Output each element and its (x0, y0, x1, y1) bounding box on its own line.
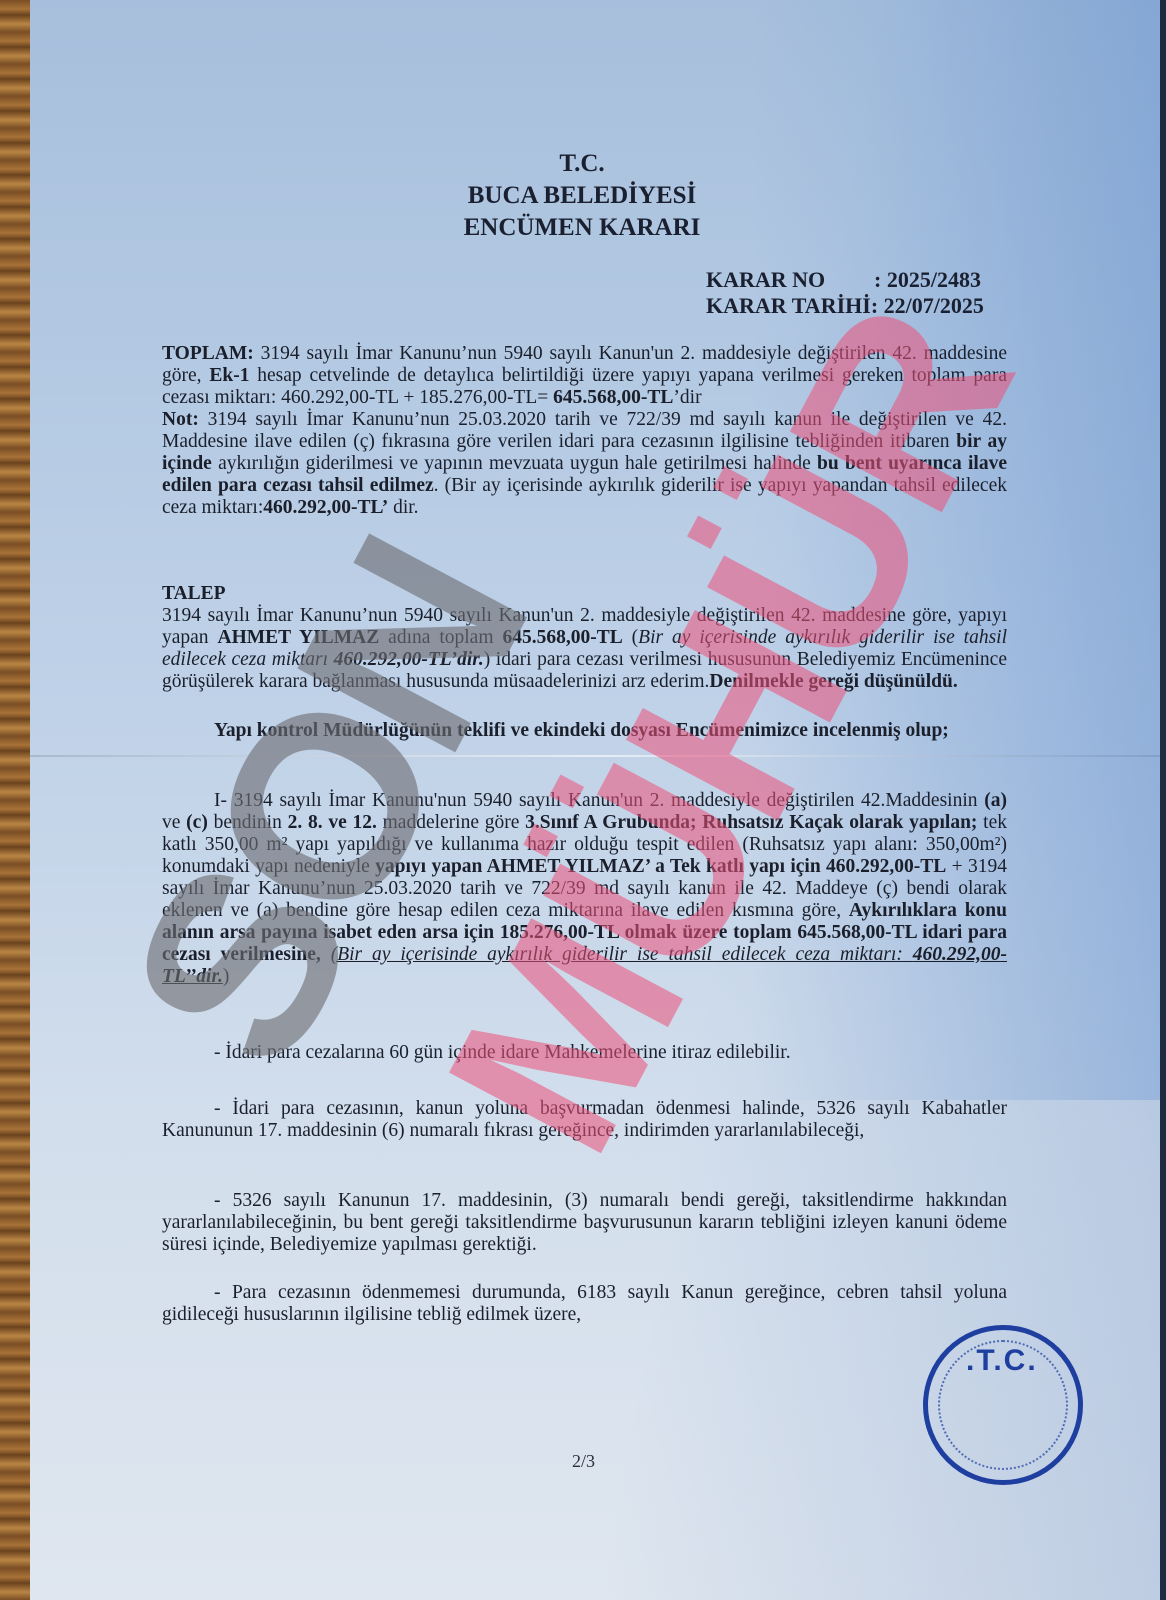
decision-underlined-2: ) (223, 966, 230, 987)
decision-items: 2. 8. ve 12. (288, 812, 377, 833)
decision-meta: KARAR NO : 2025/2483 KARAR TARİHİ : 22/0… (706, 267, 984, 319)
talep-text-2: adına toplam (379, 627, 502, 648)
decision-paragraph: I- 3194 sayılı İmar Kanunu'nun 5940 sayı… (162, 790, 1007, 988)
header-decision-title: ENCÜMEN KARARI (432, 212, 732, 244)
not-paragraph: Not: 3194 sayılı İmar Kanunu’nun 25.03.2… (162, 409, 1007, 519)
decision-class: 3.Sınıf A Grubunda; Ruhsatsız Kaçak olar… (525, 812, 977, 833)
toplam-paragraph: TOPLAM: 3194 sayılı İmar Kanunu’nun 5940… (162, 343, 1007, 409)
notice-2: - İdari para cezasının, kanun yoluna baş… (162, 1098, 1007, 1142)
karar-no-value: : 2025/2483 (874, 267, 981, 293)
toplam-total: 645.568,00-TL (553, 387, 673, 408)
toplam-ek: Ek-1 (209, 365, 249, 386)
notice-4: - Para cezasının ödenmemesi durumunda, 6… (162, 1282, 1007, 1326)
document-page: T.C. BUCA BELEDİYESİ ENCÜMEN KARARI KARA… (30, 0, 1160, 1600)
official-seal-stamp: .T.C. (923, 1325, 1083, 1485)
toplam-label: TOPLAM: (162, 343, 254, 364)
header-municipality: BUCA BELEDİYESİ (432, 180, 732, 212)
wooden-table-background (0, 0, 32, 1600)
decision-bold-1: yapıyı yapan AHMET YILMAZ’ a Tek katlı y… (375, 856, 946, 877)
talep-heading: TALEP (162, 583, 1007, 605)
decision-underlined-1: (Bir ay içerisinde aykırılık giderilir i… (331, 944, 913, 965)
decision-c: (c) (186, 812, 208, 833)
talep-name: AHMET YILMAZ (218, 627, 380, 648)
decision-text-2: ve (162, 812, 186, 833)
seal-text: .T.C. (966, 1344, 1038, 1378)
not-label: Not: (162, 409, 199, 430)
decision-text-4: maddelerine göre (377, 812, 525, 833)
talep-total: 645.568,00-TL (502, 627, 622, 648)
paper-fold-line (30, 755, 1160, 757)
karar-tarihi-value: : 22/07/2025 (871, 293, 984, 319)
not-amount: 460.292,00-TL’ (263, 497, 388, 518)
not-text-4: dir. (388, 497, 418, 518)
notice-1: - İdari para cezalarına 60 gün içinde id… (162, 1042, 1007, 1064)
not-text-1: 3194 sayılı İmar Kanunu’nun 25.03.2020 t… (162, 409, 1007, 452)
karar-tarihi-label: KARAR TARİHİ (706, 293, 871, 319)
not-text-2: aykırılığın giderilmesi ve yapının mevzu… (212, 453, 817, 474)
decision-text-3: bendinin (208, 812, 288, 833)
header-tc: T.C. (432, 148, 732, 180)
decision-a: (a) (984, 790, 1007, 811)
decision-text-7 (321, 944, 331, 965)
page-number: 2/3 (572, 1450, 595, 1472)
talep-text-3: ( (623, 627, 638, 648)
karar-no-label: KARAR NO (706, 267, 874, 293)
toplam-text-3: ’dir (673, 387, 701, 408)
talep-paragraph: TALEP 3194 sayılı İmar Kanunu’nun 5940 s… (162, 583, 1007, 693)
decision-text-1: I- 3194 sayılı İmar Kanunu'nun 5940 sayı… (214, 790, 984, 811)
talep-closing: Denilmekle gereği düşünüldü. (709, 671, 957, 692)
talep-amount: 460.292,00-TL’dir. (334, 649, 484, 670)
document-header: T.C. BUCA BELEDİYESİ ENCÜMEN KARARI (432, 148, 732, 244)
notice-3: - 5326 sayılı Kanunun 17. maddesinin, (3… (162, 1190, 1007, 1256)
intro-paragraph: Yapı kontrol Müdürlüğünün teklifi ve eki… (162, 720, 1007, 742)
